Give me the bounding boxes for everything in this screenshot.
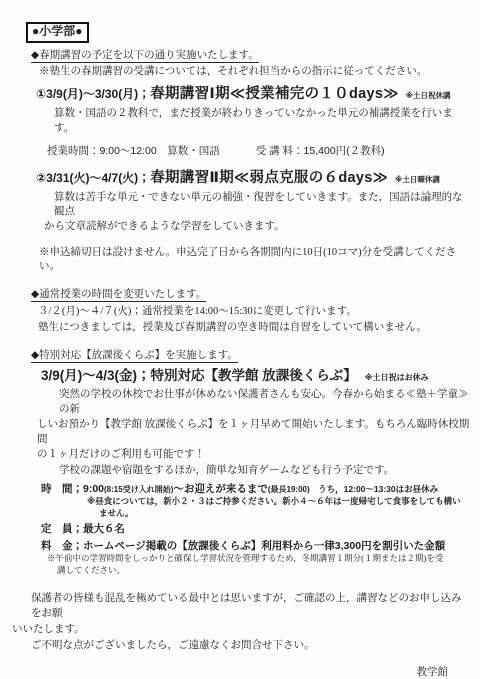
capacity-row: 定 員；最大６名 xyxy=(41,522,470,537)
regular-hours-heading: ◆通常授業の時間を変更いたします。 xyxy=(31,289,206,302)
time-start: 9:00 xyxy=(83,483,104,495)
afterschool-holiday-note: ※土日祝はお休み xyxy=(365,373,429,382)
section-badge: ●小学部● xyxy=(26,22,89,43)
term2-description-line: 算数は苦手な単元・できない単元の補強・復習をしていきます。また，国語は論理的な観… xyxy=(54,191,470,220)
signature: 教学館 xyxy=(12,666,448,679)
lunch-note-line: ※昼食については，新小２・３はご持参ください。新小４～６年は一度帰宅して食事をし… xyxy=(87,496,470,508)
closing-paragraph-line: いいたします。 xyxy=(12,622,470,637)
time-row: 時 間；9:00(8:15受け入れ開始)～お迎えが来るまで(最長19:00) う… xyxy=(41,482,470,497)
afterschool-heading: ◆特別対応【放課後くらぶ】を実施します。 xyxy=(31,350,238,363)
regular-hours-line2: 塾生につきましては，授業及び春期講習の空き時間は自習をしていて構いません。 xyxy=(38,321,470,336)
term1-heading: ①3/9(月)～3/30(月)；春期講習Ⅰ期≪授業補完の１０days≫※土日祝休… xyxy=(36,84,470,106)
afterschool-date: 3/9(月)～4/3(金)； xyxy=(41,368,151,383)
afterschool-paragraph-line: の１ヶ月だけのご利用も可能です！ xyxy=(37,448,470,463)
time-early-note: (8:15受け入れ開始) xyxy=(104,485,173,494)
afterschool-activities-line: 学校の課題や宿題をするほか，簡単な知育ゲームなども行う予定です。 xyxy=(59,464,470,479)
spring-note: ※塾生の春期講習の受講については，それぞれ担当からの指示に従ってください。 xyxy=(39,65,470,80)
contact-line: ご不明な点がございましたら，ご遠慮なくお問合せ下さい。 xyxy=(31,638,470,653)
term1-holiday-note: ※土日祝休講 xyxy=(406,91,451,100)
regular-hours-line1: ３/２(月)～４/７(火)；通常授業を14:00～15:30に変更して行います。 xyxy=(38,305,470,320)
closing-paragraph-line: 保護者の皆様も混乱を極めている最中とは思いますが，ご確認の上，講習などのお申し込… xyxy=(31,591,470,621)
term2-holiday-note: ※土日曜休講 xyxy=(395,175,440,184)
afterschool-title: 特別対応【教学館 放課後くらぶ】 xyxy=(151,368,357,383)
fee-note-line: 講してください。 xyxy=(57,565,470,577)
term2-heading: ②3/31(火)～4/7(火)；春期講習Ⅱ期≪弱点克服の６days≫※土日曜休講 xyxy=(36,168,470,190)
term1-title: 春期講習Ⅰ期≪授業補完の１０days≫ xyxy=(150,86,399,102)
fee-note-line: ※午前中の学習時間をしっかりと確保し学習状況を管理するため，冬期講習１期分(１期… xyxy=(47,553,470,565)
time-latest-note: (最長19:00) xyxy=(268,485,310,494)
lunch-note-line: ません。 xyxy=(99,508,470,520)
fee-row: 料 金；ホームページ掲載の【放課後くらぶ】利用料から一律3,300円を割引いた金… xyxy=(41,539,470,554)
afterschool-paragraph-line: しいお預かり【教学館 放課後くらぶ】を１ヶ月早めて開始いたします。もちろん臨時休… xyxy=(37,418,470,448)
spring-heading-row: ◆春期講習の予定を以下の通り実施いたします。 xyxy=(31,49,470,64)
application-deadline-note: ※申込締切日は設けません。申込完了日から各期間内に10日(10コマ)分を受講して… xyxy=(39,246,470,275)
afterschool-heading-row: ◆特別対応【放課後くらぶ】を実施します。 xyxy=(31,349,470,364)
time-label: 時 間； xyxy=(41,483,83,495)
spring-heading: ◆春期講習の予定を以下の通り実施いたします。 xyxy=(31,50,259,63)
document-page: ●小学部● ◆春期講習の予定を以下の通り実施いたします。 ※塾生の春期講習の受講… xyxy=(0,0,480,679)
badge-row: ●小学部● xyxy=(26,22,470,43)
afterschool-title-row: 3/9(月)～4/3(金)；特別対応【教学館 放課後くらぶ】※土日祝はお休み xyxy=(41,366,470,386)
time-lunchbreak-note: うち，12:00～13:30はお昼休み xyxy=(310,484,438,494)
tuition-fee: 受 講 料：15,400円(２教科) xyxy=(256,145,385,157)
term1-schedule-row: 授業時間：9:00～12:00 算数・国語受 講 料：15,400円(２教科) xyxy=(47,144,470,159)
term2-description-line: から文章読解ができるような学習をしていきます。 xyxy=(44,220,470,235)
term2-date: ②3/31(火)～4/7(火)； xyxy=(36,171,150,185)
term2-title: 春期講習Ⅱ期≪弱点克服の６days≫ xyxy=(150,170,388,186)
regular-heading-row: ◆通常授業の時間を変更いたします。 xyxy=(31,288,470,303)
term1-date: ①3/9(月)～3/30(月)； xyxy=(36,87,150,101)
class-time: 授業時間：9:00～12:00 算数・国語 xyxy=(47,145,220,157)
afterschool-paragraph-line: 突然の学校の休校でお仕事が休めない保護者さんも安心。今春から始まる≪塾＋学童≫の… xyxy=(59,388,470,418)
time-until: ～お迎えが来るまで xyxy=(173,483,268,495)
term1-description: 算数・国語の２教科で，まだ授業が終わりきっていなかった単元の補講授業を行います。 xyxy=(54,107,470,136)
